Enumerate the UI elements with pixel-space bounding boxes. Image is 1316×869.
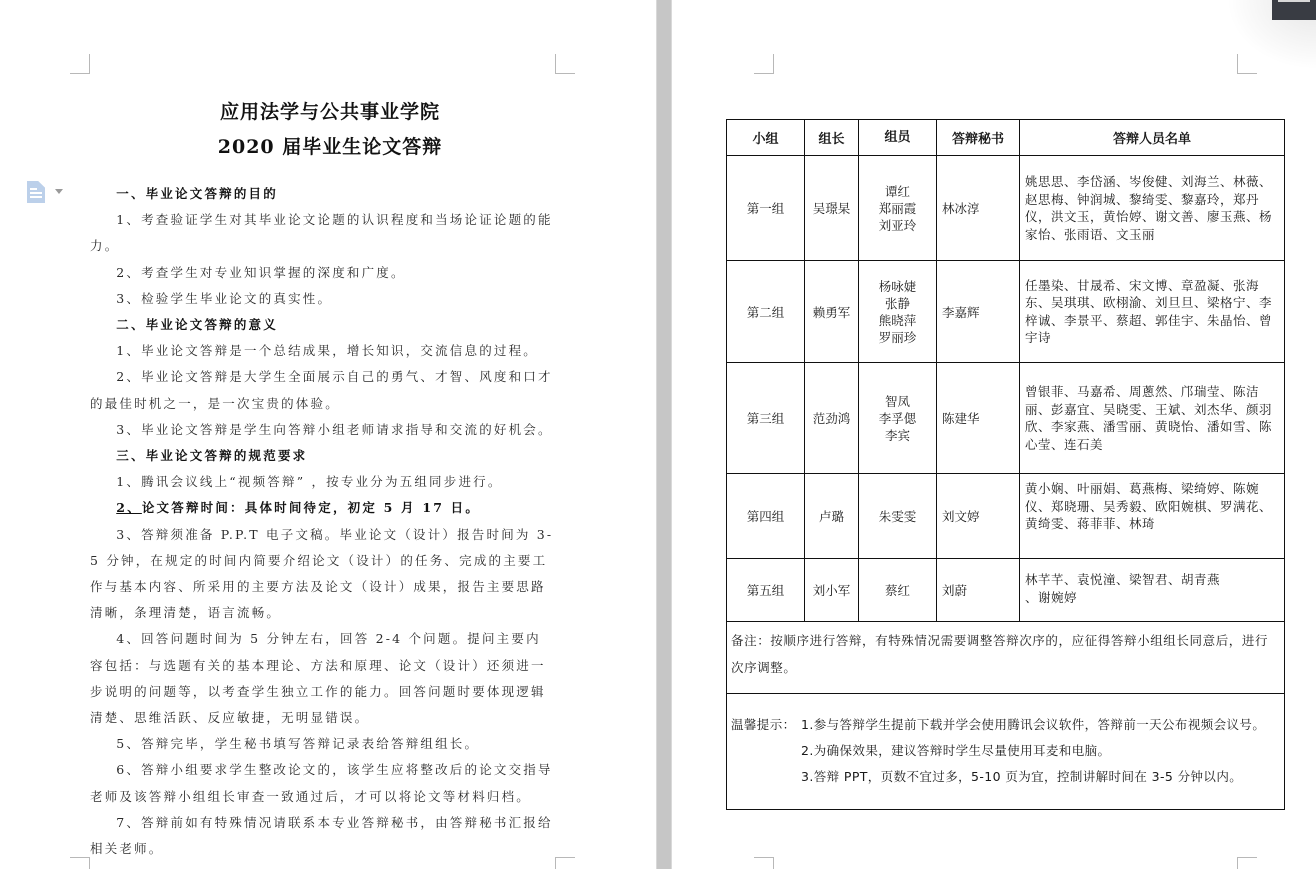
member-name: 朱雯雯: [859, 508, 936, 525]
paragraph: 6、答辩小组要求学生整改论文的，该学生应将整改后的论文交指导老师及该答辩小组组长…: [90, 757, 555, 809]
crop-mark-bottom-left: [70, 857, 90, 869]
members-cell: 智凤 李孚偲 李宾: [859, 363, 937, 474]
paragraph: 3、答辩须准备 P.P.T 电子文稿。毕业论文（设计）报告时间为 3-5 分钟，…: [90, 522, 555, 627]
member-name: 蔡红: [859, 582, 936, 599]
table-tips-row: 温馨提示： 1.参与答辩学生提前下载并学会使用腾讯会议软件，答辩前一天公布视频会…: [727, 694, 1285, 810]
paragraph: 4、回答问题时间为 5 分钟左右，回答 2-4 个问题。提问主要内容包括：与选题…: [90, 626, 555, 731]
section-heading: 二、毕业论文答辩的意义: [90, 312, 555, 338]
section-heading: 三、毕业论文答辩的规范要求: [90, 443, 555, 469]
students-cell: 曾银菲、马嘉希、周蔥然、邝瑞莹、陈洁丽、彭嘉宜、吴晓雯、王斌、刘杰华、颜羽欣、李…: [1020, 363, 1285, 474]
group-cell: 第二组: [727, 261, 805, 363]
member-name: 张静: [859, 295, 936, 312]
paragraph-defense-time: 2、论文答辩时间：具体时间待定，初定 5 月 17 日。: [90, 495, 555, 521]
members-cell: 蔡红: [859, 559, 937, 622]
table-row: 第三组 范劲鸿 智凤 李孚偲 李宾 陈建华 曾银菲、马嘉希、周蔥然、邝瑞莹、陈洁…: [727, 363, 1285, 474]
paragraph: 3、毕业论文答辩是学生向答辩小组老师请求指导和交流的好机会。: [90, 417, 555, 443]
secretary-cell: 刘文婷: [937, 474, 1020, 559]
table-row: 第一组 吴璟杲 谭红 郑丽霞 刘亚玲 林冰淳 姚思思、李岱涵、岑俊健、刘海兰、林…: [727, 156, 1285, 261]
member-name: 谭红: [859, 183, 936, 200]
column-header: 组员: [859, 120, 937, 156]
floating-toolbar-corner[interactable]: [1272, 0, 1316, 20]
member-name: 李宾: [859, 427, 936, 444]
member-name: 罗丽珍: [859, 329, 936, 346]
students-cell: 黄小娴、叶丽娟、葛燕梅、梁绮婷、陈婉仪、郑晓珊、吴秀毅、欧阳婉棋、罗满花、黄绮雯…: [1020, 474, 1285, 559]
member-name: 郑丽霞: [859, 200, 936, 217]
students-cell: 姚思思、李岱涵、岑俊健、刘海兰、林薇、赵思梅、钟润城、黎绮雯、黎嘉玲，郑丹仪，洪…: [1020, 156, 1285, 261]
paragraph: 7、答辩前如有特殊情况请联系本专业答辩秘书，由答辩秘书汇报给相关老师。: [90, 810, 555, 862]
document-page-left: 应用法学与公共事业学院 2020 届毕业生论文答辩 一、毕业论文答辩的目的 1、…: [0, 0, 656, 869]
table-row: 第二组 赖勇军 杨咏婕 张静 熊晓萍 罗丽珍 李嘉辉 任墨染、甘晟希、宋文博、章…: [727, 261, 1285, 363]
tips-label: 温馨提示：: [731, 712, 801, 738]
defense-groups-table: 小组 组长 组员 答辩秘书 答辩人员名单 第一组 吴璟杲 谭红 郑丽霞 刘亚玲 …: [726, 119, 1285, 810]
member-name: 智凤: [859, 393, 936, 410]
document-title-line2: 2020 届毕业生论文答辩: [90, 132, 570, 159]
member-name: 杨咏婕: [859, 278, 936, 295]
leader-cell: 吴璟杲: [805, 156, 859, 261]
table-header-row: 小组 组长 组员 答辩秘书 答辩人员名单: [727, 120, 1285, 156]
crop-mark-top-left: [70, 54, 90, 74]
tip-text: 2.为确保效果，建议答辩时学生尽量使用耳麦和电脑。: [731, 738, 1280, 764]
paragraph: 1、腾讯会议线上“视频答辩” ，按专业分为五组同步进行。: [90, 469, 555, 495]
document-title-line1: 应用法学与公共事业学院: [90, 97, 570, 124]
secretary-cell: 林冰淳: [937, 156, 1020, 261]
paragraph: 2、考查学生对专业知识掌握的深度和广度。: [90, 260, 555, 286]
crop-mark-bottom-left: [754, 857, 774, 869]
secretary-cell: 陈建华: [937, 363, 1020, 474]
document-body: 一、毕业论文答辩的目的 1、考查验证学生对其毕业论文论题的认识程度和当场论证论题…: [90, 181, 555, 862]
paragraph: 2、毕业论文答辩是大学生全面展示自己的勇气、才智、风度和口才的最佳时机之一，是一…: [90, 364, 555, 416]
paragraph: 1、毕业论文答辩是一个总结成果，增长知识，交流信息的过程。: [90, 338, 555, 364]
member-name: 刘亚玲: [859, 217, 936, 234]
group-cell: 第五组: [727, 559, 805, 622]
secretary-cell: 刘蔚: [937, 559, 1020, 622]
paragraph: 1、考查验证学生对其毕业论文论题的认识程度和当场论证论题的能力。: [90, 207, 555, 259]
group-cell: 第一组: [727, 156, 805, 261]
column-header: 小组: [727, 120, 805, 156]
students-line: 林芊芊、袁悦潼、梁智君、胡青燕: [1025, 571, 1280, 589]
column-header: 组长: [805, 120, 859, 156]
crop-mark-top-left: [754, 54, 774, 74]
members-cell: 杨咏婕 张静 熊晓萍 罗丽珍: [859, 261, 937, 363]
tip-line: 温馨提示： 1.参与答辩学生提前下载并学会使用腾讯会议软件，答辩前一天公布视频会…: [731, 712, 1280, 738]
students-cell: 林芊芊、袁悦潼、梁智君、胡青燕 、谢婉婷: [1020, 559, 1285, 622]
column-header: 答辩人员名单: [1020, 120, 1285, 156]
leader-cell: 范劲鸿: [805, 363, 859, 474]
member-name: 李孚偲: [859, 410, 936, 427]
group-cell: 第三组: [727, 363, 805, 474]
table-row: 第五组 刘小军 蔡红 刘蔚 林芊芊、袁悦潼、梁智君、胡青燕 、谢婉婷: [727, 559, 1285, 622]
students-cell: 任墨染、甘晟希、宋文博、章盈凝、张海东、吴琪琪、欧栩渝、刘旦旦、梁格宁、李梓诚、…: [1020, 261, 1285, 363]
page-gutter: [656, 0, 672, 869]
chevron-down-icon[interactable]: [55, 189, 63, 194]
note-cell: 备注：按顺序进行答辩，有特殊情况需要调整答辩次序的，应征得答辩小组组长同意后，进…: [727, 622, 1285, 694]
members-cell: 谭红 郑丽霞 刘亚玲: [859, 156, 937, 261]
paragraph: 5、答辩完毕，学生秘书填写答辩记录表给答辩组组长。: [90, 731, 555, 757]
tips-cell: 温馨提示： 1.参与答辩学生提前下载并学会使用腾讯会议软件，答辩前一天公布视频会…: [727, 694, 1285, 810]
section-heading: 一、毕业论文答辩的目的: [90, 181, 555, 207]
paragraph: 3、检验学生毕业论文的真实性。: [90, 286, 555, 312]
table-row: 第四组 卢璐 朱雯雯 刘文婷 黄小娴、叶丽娟、葛燕梅、梁绮婷、陈婉仪、郑晓珊、吴…: [727, 474, 1285, 559]
leader-cell: 刘小军: [805, 559, 859, 622]
column-header: 答辩秘书: [937, 120, 1020, 156]
secretary-cell: 李嘉辉: [937, 261, 1020, 363]
crop-mark-bottom-right: [555, 857, 575, 869]
members-cell: 朱雯雯: [859, 474, 937, 559]
leader-cell: 赖勇军: [805, 261, 859, 363]
crop-mark-bottom-right: [1237, 857, 1257, 869]
crop-mark-top-right: [555, 54, 575, 74]
leader-cell: 卢璐: [805, 474, 859, 559]
tip-text: 3.答辩 PPT，页数不宜过多，5-10 页为宜，控制讲解时间在 3-5 分钟以…: [731, 764, 1280, 790]
group-cell: 第四组: [727, 474, 805, 559]
document-outline-icon[interactable]: [26, 181, 48, 203]
students-line: 、谢婉婷: [1025, 589, 1280, 607]
table-note-row: 备注：按顺序进行答辩，有特殊情况需要调整答辩次序的，应征得答辩小组组长同意后，进…: [727, 622, 1285, 694]
tip-text: 1.参与答辩学生提前下载并学会使用腾讯会议软件，答辩前一天公布视频会议号。: [801, 712, 1265, 738]
member-name: 熊晓萍: [859, 312, 936, 329]
